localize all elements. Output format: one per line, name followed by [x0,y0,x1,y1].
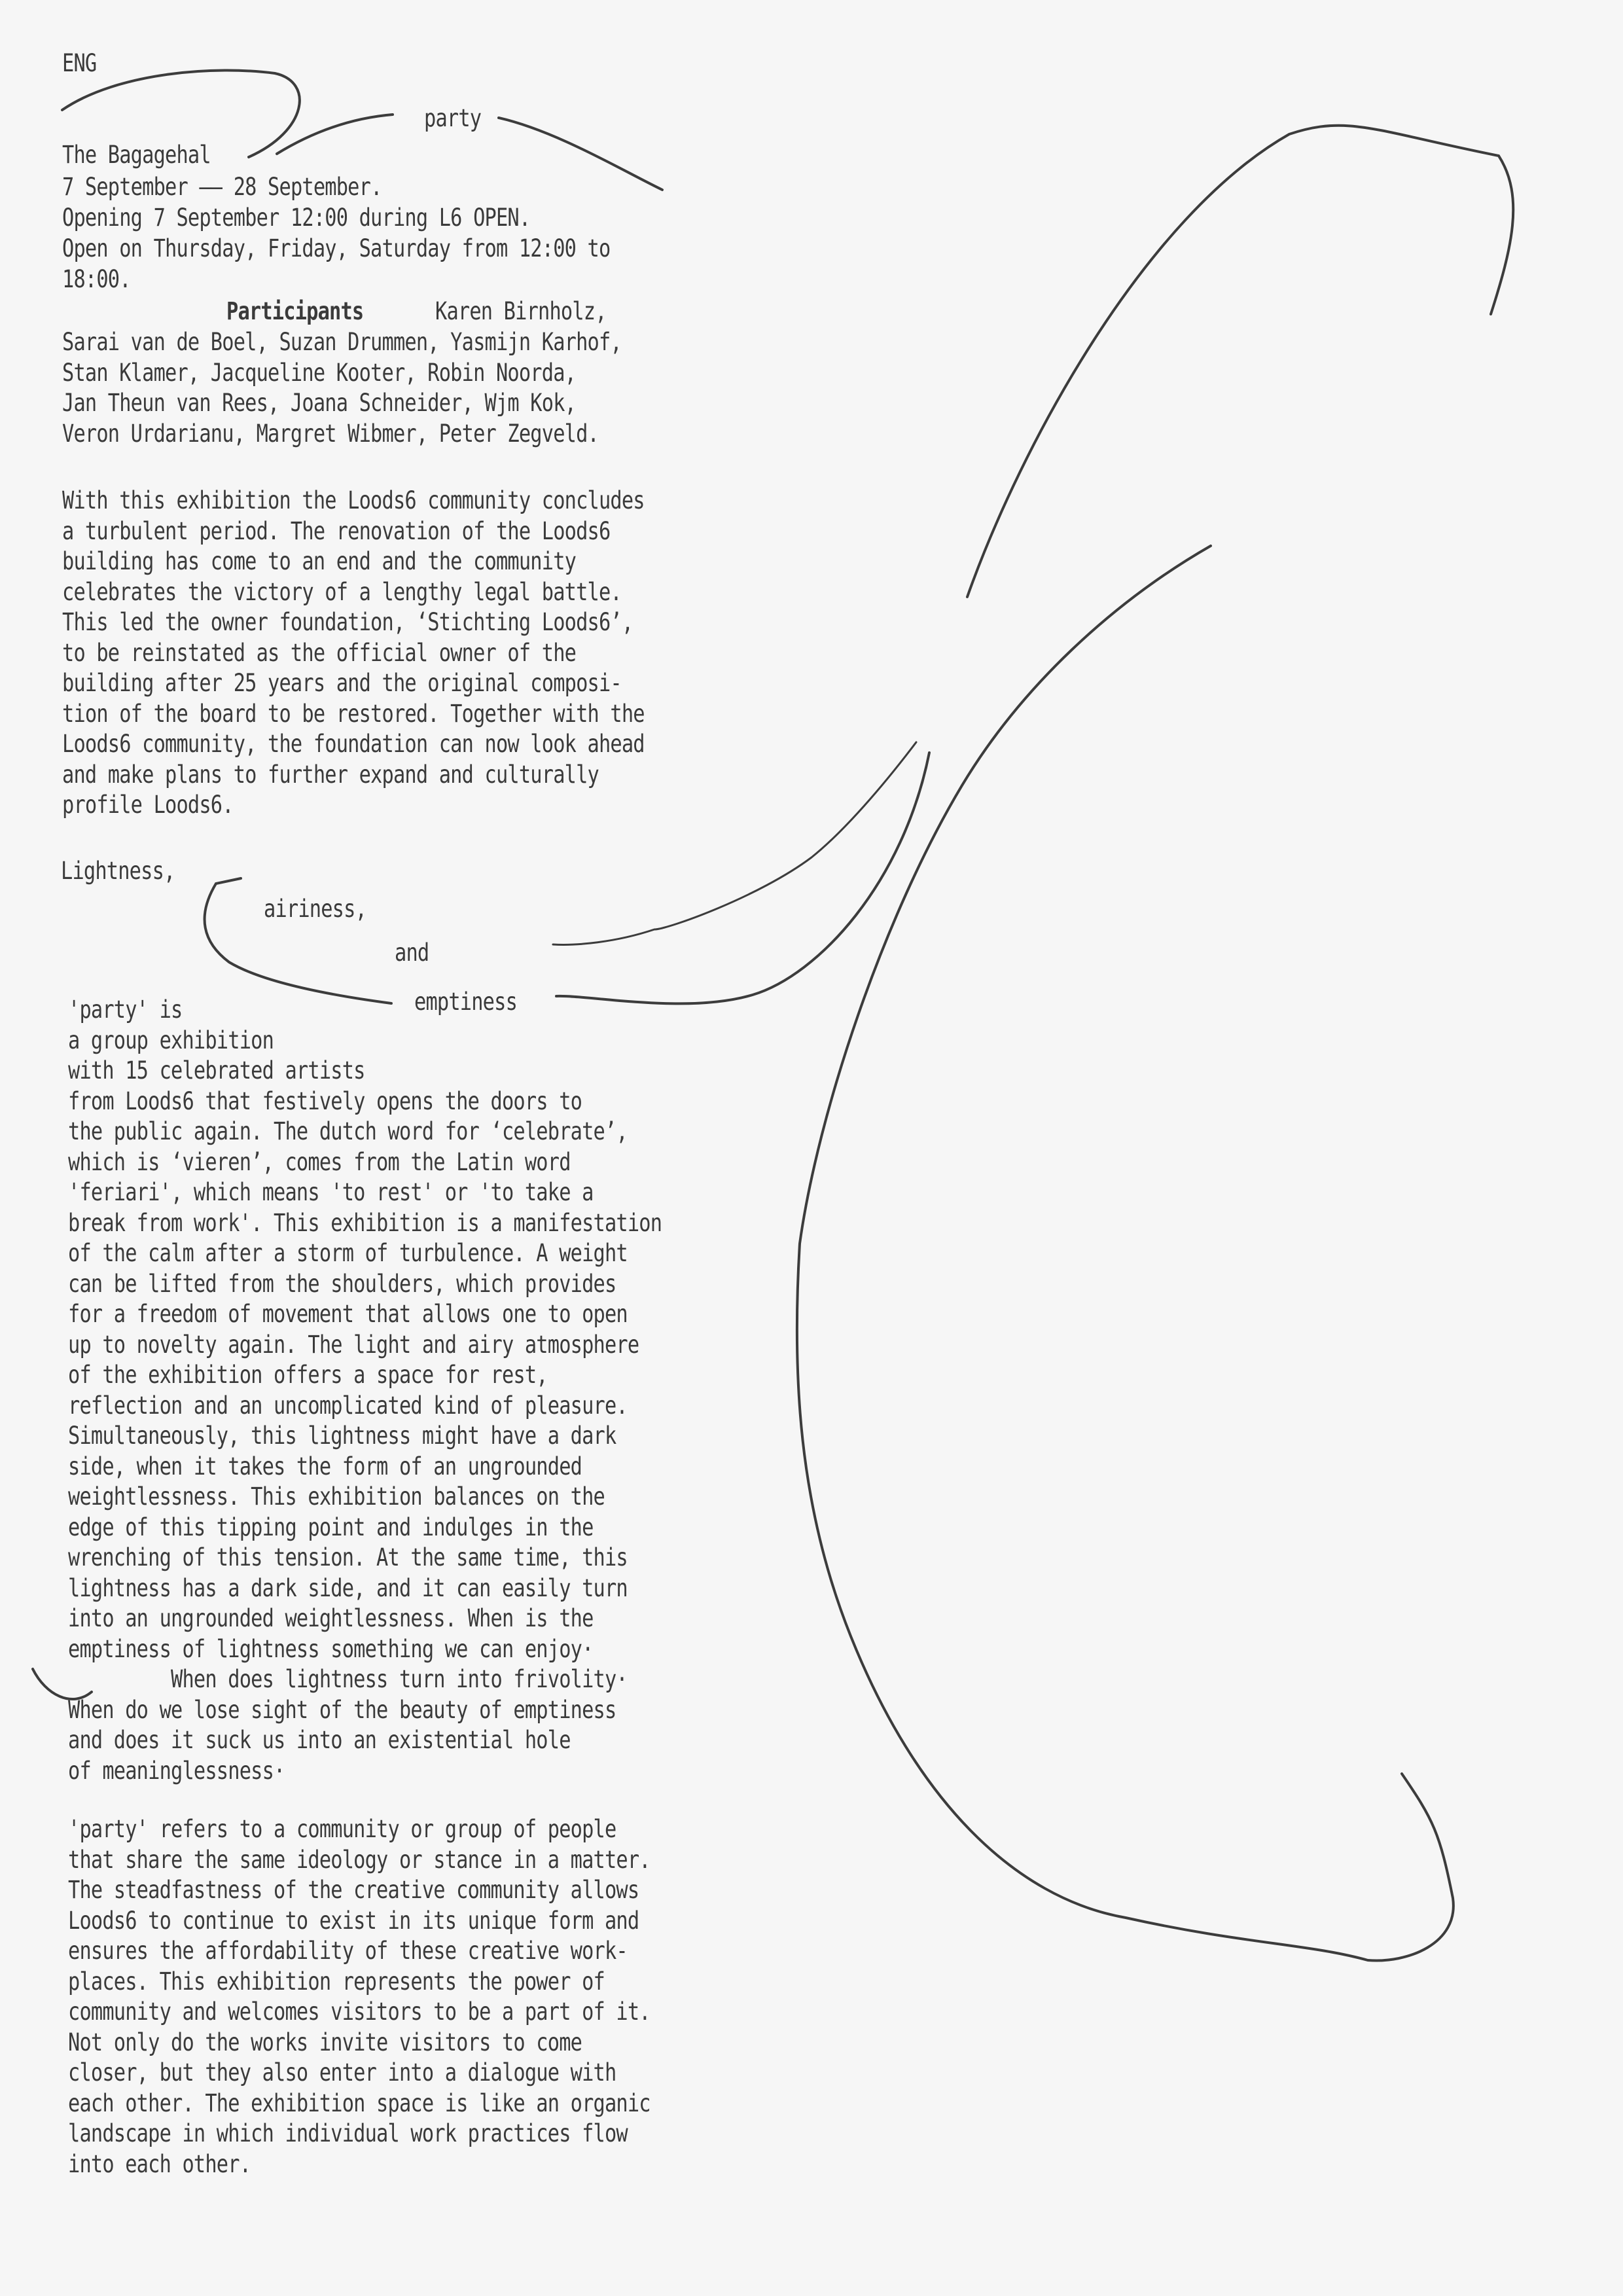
text-line: When does lightness turn into frivolity· [68,1664,662,1695]
text-line: that share the same ideology or stance i… [68,1845,651,1876]
text-line: to be reinstated as the official owner o… [62,638,645,669]
exhibition-title: party [424,103,481,134]
text-line: celebrates the victory of a lengthy lega… [62,577,645,608]
text-line: side, when it takes the form of an ungro… [68,1452,662,1482]
curve-party-left [277,115,393,154]
text-line: lightness has a dark side, and it can ea… [68,1573,662,1604]
text-line: 'party' is [68,995,662,1026]
text-line: the public again. The dutch word for ‘ce… [68,1117,662,1147]
main-paragraph: 'party' isa group exhibitionwith 15 cele… [68,995,792,1786]
text-line: a group exhibition [68,1026,662,1056]
text-line: profile Loods6. [62,790,645,821]
text-line: Not only do the works invite visitors to… [68,2028,651,2058]
text-line: community and welcomes visitors to be a … [68,1997,651,2028]
opening-line: Opening 7 September 12:00 during L6 OPEN… [62,203,530,233]
text-line: which is ‘vieren’, comes from the Latin … [68,1147,662,1178]
curve-upper-right [967,126,1513,597]
text-line: with 15 celebrated artists [68,1056,662,1086]
participant-line: Karen Birnholz, [435,296,607,327]
closing-paragraph: 'party' refers to a community or group o… [68,1814,778,2179]
text-line: tion of the board to be restored. Togeth… [62,699,645,730]
text-line: Loods6 community, the foundation can now… [62,729,645,760]
text-line: Loods6 to continue to exist in its uniqu… [68,1906,651,1937]
text-line: can be lifted from the shoulders, which … [68,1269,662,1300]
text-line: wrenching of this tension. At the same t… [68,1543,662,1573]
participant-line: Stan Klamer, Jacqueline Kooter, Robin No… [62,358,622,389]
text-line: weightlessness. This exhibition balances… [68,1482,662,1513]
text-line: places. This exhibition represents the p… [68,1967,651,1998]
text-line: With this exhibition the Loods6 communit… [62,486,645,516]
hours-line-1: Open on Thursday, Friday, Saturday from … [62,234,610,264]
text-line: Simultaneously, this lightness might hav… [68,1421,662,1452]
date-end: 28 September. [234,173,382,201]
text-line: for a freedom of movement that allows on… [68,1299,662,1330]
text-line: 'party' refers to a community or group o… [68,1814,651,1845]
curve-party-right [499,118,662,190]
text-line: a turbulent period. The renovation of th… [62,516,645,547]
curve-middle [797,546,1454,1961]
text-line: into each other. [68,2149,651,2180]
cascade-word-lightness: Lightness, [61,856,175,886]
text-line: and make plans to further expand and cul… [62,760,645,791]
text-line: of the exhibition offers a space for res… [68,1360,662,1391]
text-line: and does it suck us into an existential … [68,1725,662,1756]
participant-line: Jan Theun van Rees, Joana Schneider, Wjm… [62,388,622,419]
participants-label: Participants [226,296,363,327]
text-line: break from work'. This exhibition is a m… [68,1208,662,1239]
participant-line: Veron Urdarianu, Margret Wibmer, Peter Z… [62,419,622,450]
date-range: 7 September —— 28 September. [62,172,382,202]
participant-line: Sarai van de Boel, Suzan Drummen, Yasmij… [62,327,622,358]
text-line: into an ungrounded weightlessness. When … [68,1604,662,1634]
text-line: of meaninglessness· [68,1756,662,1787]
text-line: closer, but they also enter into a dialo… [68,2058,651,2089]
text-line: building has come to an end and the comm… [62,547,645,577]
intro-paragraph: With this exhibition the Loods6 communit… [62,486,772,821]
text-line: This led the owner foundation, ‘Stichtin… [62,607,645,638]
text-line: landscape in which individual work pract… [68,2119,651,2149]
text-line: ensures the affordability of these creat… [68,1936,651,1967]
text-line: The steadfastness of the creative commun… [68,1875,651,1906]
text-line: reflection and an uncomplicated kind of … [68,1391,662,1422]
language-tag: ENG [62,48,96,79]
text-line: building after 25 years and the original… [62,668,645,699]
text-line: up to novelty again. The light and airy … [68,1330,662,1361]
participants-list: Sarai van de Boel, Suzan Drummen, Yasmij… [62,327,745,449]
cascade-word-and: and [395,938,429,968]
text-line: each other. The exhibition space is like… [68,2089,651,2119]
hours-line-2: 18:00. [62,264,131,295]
cascade-word-airiness: airiness, [264,894,366,924]
text-line: 'feriari', which means 'to rest' or 'to … [68,1177,662,1208]
text-line: emptiness of lightness something we can … [68,1634,662,1665]
text-line: of the calm after a storm of turbulence.… [68,1238,662,1269]
text-line: edge of this tipping point and indulges … [68,1513,662,1543]
text-line: from Loods6 that festively opens the doo… [68,1086,662,1117]
venue: The Bagagehal [62,140,211,170]
date-start: 7 September [62,173,188,201]
text-line: When do we lose sight of the beauty of e… [68,1695,662,1726]
